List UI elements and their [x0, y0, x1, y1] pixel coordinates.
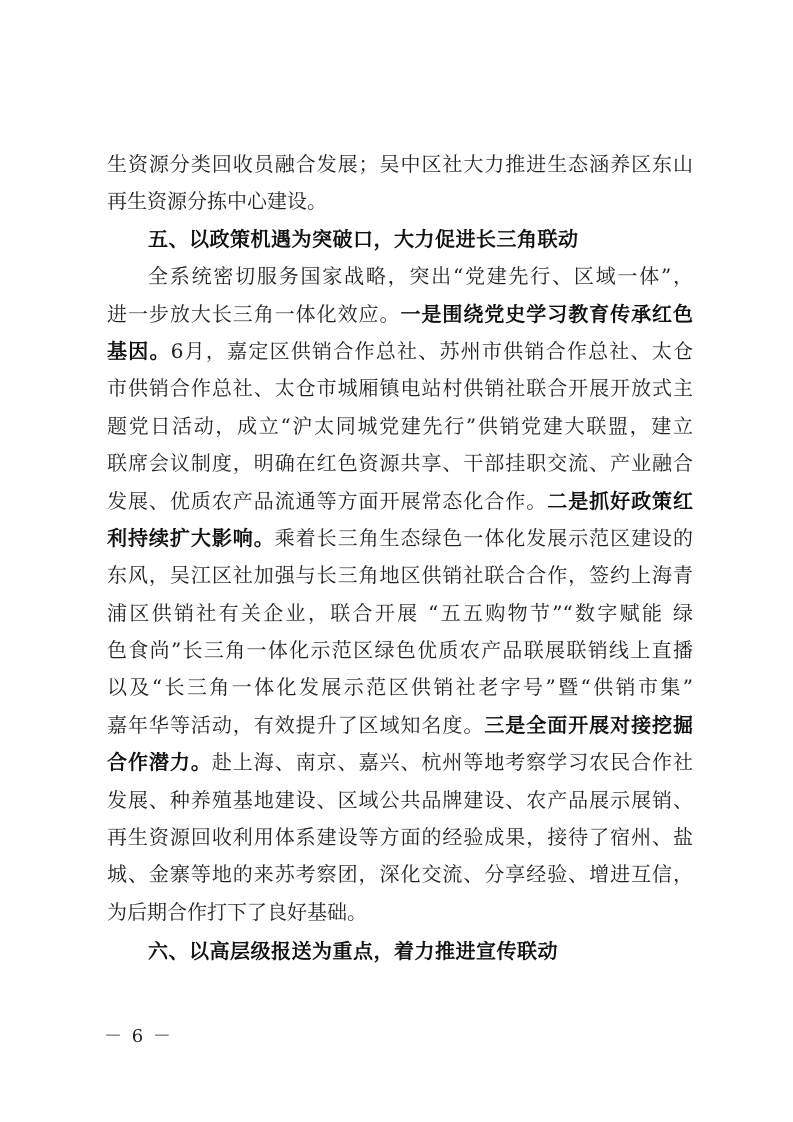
body-line: 发展、优质农产品流通等方面开展常态化合作。二是抓好政策红 [107, 483, 693, 520]
body-line: 发展、种养殖基地建设、区域公共品牌建设、农产品展示展销、 [107, 782, 693, 819]
text-segment: 赴上海、南京、嘉兴、杭州等地考察学习农民合作社 [212, 750, 693, 774]
text-segment: 全系统密切服务国家战略，突出“党建先行、区域一体”， [148, 264, 693, 288]
body-line: 进一步放大长三角一体化效应。一是围绕党史学习教育传承红色 [107, 296, 693, 333]
text-segment: 再生资源回收利用体系建设等方面的经验成果，接待了宿州、盐 [107, 825, 693, 849]
heading-text: 五、以政策机遇为突破口，大力促进长三角联动 [148, 227, 579, 251]
text-segment: 为后期合作打下了良好基础。 [107, 900, 367, 924]
body-line: 市供销合作总社、太仓市城厢镇电站村供销社联合开展开放式主 [107, 370, 693, 407]
body-line: 嘉年华等活动，有效提升了区域知名度。三是全面开展对接挖掘 [107, 707, 693, 744]
body-line: 题党日活动，成立“沪太同城党建先行”供销党建大联盟，建立 [107, 408, 693, 445]
body-line: 再生资源分拣中心建设。 [107, 183, 693, 220]
body-line: 色食尚”长三角一体化示范区绿色优质农产品联展联销线上直播 [107, 632, 693, 669]
body-line: 联席会议制度，明确在红色资源共享、干部挂职交流、产业融合 [107, 445, 693, 482]
text-segment: 以及“长三角一体化发展示范区供销社老字号”暨“供销市集” [107, 675, 693, 699]
paragraph-start-line: 全系统密切服务国家战略，突出“党建先行、区域一体”， [107, 258, 693, 295]
document-page: 生资源分类回收员融合发展；吴中区社大力推进生态涵养区东山 再生资源分拣中心建设。… [0, 0, 793, 1122]
heading-text: 六、以高层级报送为重点，着力推进宣传联动 [148, 939, 558, 963]
text-segment: 城、金寨等地的来苏考察团，深化交流、分享经验、增进互信， [107, 862, 693, 886]
text-segment: 市供销合作总社、太仓市城厢镇电站村供销社联合开展开放式主 [107, 376, 693, 400]
text-segment: 浦区供销社有关企业，联合开展 “五五购物节”“数字赋能 绿 [107, 601, 693, 625]
text-segment: 6月，嘉定区供销合作总社、苏州市供销合作总社、太仓 [171, 339, 693, 363]
bold-text-segment: 基因。 [107, 339, 171, 363]
text-segment: 再生资源分拣中心建设。 [107, 189, 327, 213]
body-line: 基因。6月，嘉定区供销合作总社、苏州市供销合作总社、太仓 [107, 333, 693, 370]
text-segment: 生资源分类回收员融合发展；吴中区社大力推进生态涵养区东山 [107, 152, 693, 176]
body-line: 生资源分类回收员融合发展；吴中区社大力推进生态涵养区东山 [107, 146, 693, 183]
text-segment: 乘着长三角生态绿色一体化发展示范区建设的 [275, 526, 693, 550]
page-number: － 6 － [104, 1022, 173, 1048]
bold-text-segment: 二是抓好政策红 [547, 489, 693, 513]
body-line: 合作潜力。赴上海、南京、嘉兴、杭州等地考察学习农民合作社 [107, 744, 693, 781]
document-body: 生资源分类回收员融合发展；吴中区社大力推进生态涵养区东山 再生资源分拣中心建设。… [107, 146, 693, 970]
body-line: 为后期合作打下了良好基础。 [107, 894, 693, 931]
body-line: 浦区供销社有关企业，联合开展 “五五购物节”“数字赋能 绿 [107, 595, 693, 632]
bold-text-segment: 利持续扩大影响。 [107, 526, 275, 550]
text-segment: 发展、优质农产品流通等方面开展常态化合作。 [107, 489, 547, 513]
text-segment: 发展、种养殖基地建设、区域公共品牌建设、农产品展示展销、 [107, 788, 693, 812]
body-line: 再生资源回收利用体系建设等方面的经验成果，接待了宿州、盐 [107, 819, 693, 856]
body-line: 以及“长三角一体化发展示范区供销社老字号”暨“供销市集” [107, 669, 693, 706]
bold-text-segment: 合作潜力。 [107, 750, 212, 774]
text-segment: 嘉年华等活动，有效提升了区域知名度。 [107, 713, 484, 737]
section-heading-6: 六、以高层级报送为重点，着力推进宣传联动 [107, 933, 693, 970]
text-segment: 东风，吴江区社加强与长三角地区供销社联合合作，签约上海青 [107, 563, 693, 587]
text-segment: 联席会议制度，明确在红色资源共享、干部挂职交流、产业融合 [107, 451, 693, 475]
text-segment: 题党日活动，成立“沪太同城党建先行”供销党建大联盟，建立 [107, 414, 693, 438]
text-segment: 进一步放大长三角一体化效应。 [107, 302, 400, 326]
body-line: 利持续扩大影响。乘着长三角生态绿色一体化发展示范区建设的 [107, 520, 693, 557]
section-heading-5: 五、以政策机遇为突破口，大力促进长三角联动 [107, 221, 693, 258]
body-line: 城、金寨等地的来苏考察团，深化交流、分享经验、增进互信， [107, 856, 693, 893]
bold-text-segment: 三是全面开展对接挖掘 [484, 713, 693, 737]
body-line: 东风，吴江区社加强与长三角地区供销社联合合作，签约上海青 [107, 557, 693, 594]
bold-text-segment: 一是围绕党史学习教育传承红色 [400, 302, 693, 326]
text-segment: 色食尚”长三角一体化示范区绿色优质农产品联展联销线上直播 [107, 638, 693, 662]
